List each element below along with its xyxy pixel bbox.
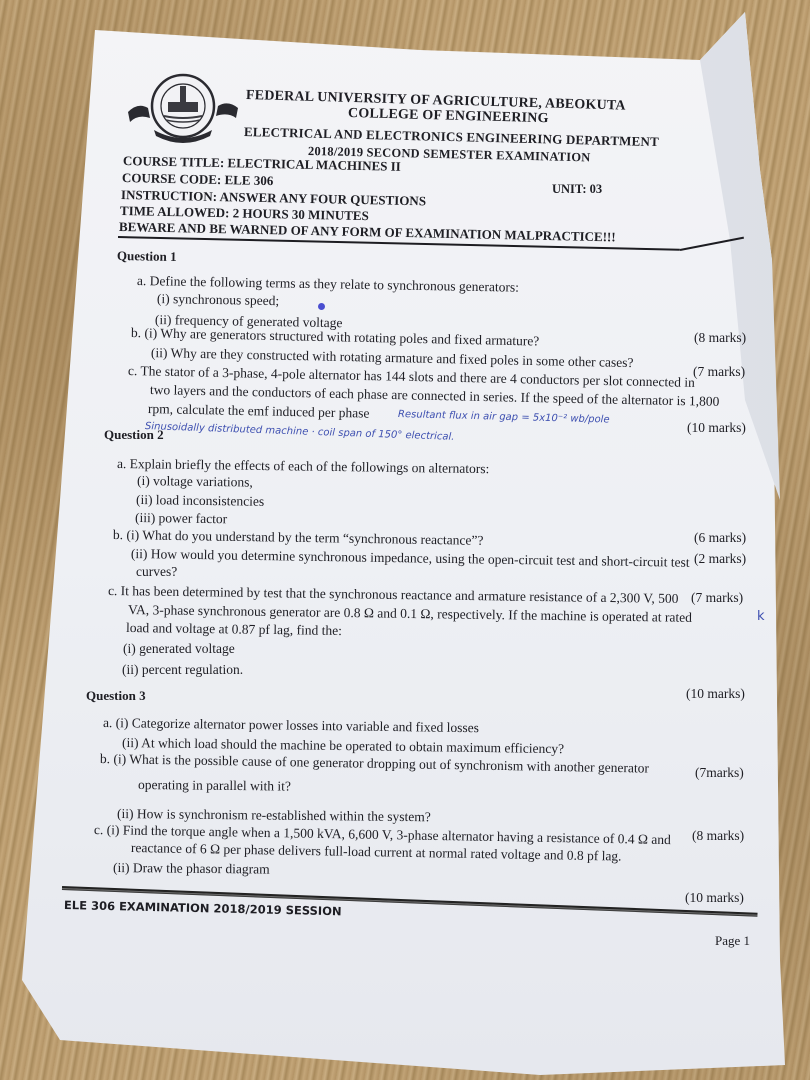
marks-label: (7 marks) xyxy=(693,364,745,380)
handwritten-note: k xyxy=(757,609,765,624)
question-3-title: Question 3 xyxy=(86,688,146,704)
q1-line: rpm, calculate the emf induced per phase xyxy=(148,401,370,422)
q3-line: operating in parallel with it? xyxy=(138,777,291,795)
marks-label: (8 marks) xyxy=(692,828,744,844)
university-crest-logo xyxy=(124,72,242,150)
marks-label: (6 marks) xyxy=(694,530,746,546)
handwritten-note: Sinusoidally distributed machine · coil … xyxy=(145,421,455,443)
q2-line: (i) voltage variations, xyxy=(137,473,253,491)
handwritten-note: Resultant flux in air gap = 5x10⁻² wb/po… xyxy=(398,409,610,426)
q3-line: a. (i) Categorize alternator power losse… xyxy=(103,715,479,736)
q2-line: (ii) How would you determine synchronous… xyxy=(131,546,690,571)
header-divider-fold xyxy=(680,237,744,251)
exam-content: FEDERAL UNIVERSITY OF AGRICULTURE, ABEOK… xyxy=(0,0,810,1080)
exam-paper: FEDERAL UNIVERSITY OF AGRICULTURE, ABEOK… xyxy=(0,0,810,1080)
q2-line: (ii) percent regulation. xyxy=(122,662,243,678)
q2-line: b. (i) What do you understand by the ter… xyxy=(113,527,484,549)
question-2-title: Question 2 xyxy=(104,427,164,443)
q1-line: (i) synchronous speed; xyxy=(157,291,279,309)
pen-mark xyxy=(318,303,325,310)
q2-line: load and voltage at 0.87 pf lag, find th… xyxy=(126,620,342,639)
question-1-title: Question 1 xyxy=(117,248,177,265)
q2-line: curves? xyxy=(136,564,177,580)
q3-line: (ii) Draw the phasor diagram xyxy=(113,860,270,878)
marks-label: (10 marks) xyxy=(686,686,745,702)
marks-label: (7marks) xyxy=(695,765,744,781)
marks-label: (7 marks) xyxy=(691,590,743,606)
q2-line: (i) generated voltage xyxy=(123,641,235,657)
course-code: COURSE CODE: ELE 306 xyxy=(122,170,274,189)
footer-session: ELE 306 EXAMINATION 2018/2019 SESSION xyxy=(64,898,342,918)
q3-line: b. (i) What is the possible cause of one… xyxy=(100,751,649,777)
marks-label: (2 marks) xyxy=(694,551,746,567)
q2-line: (iii) power factor xyxy=(135,510,227,527)
page-number: Page 1 xyxy=(715,933,750,949)
marks-label: (8 marks) xyxy=(694,330,746,346)
course-unit: UNIT: 03 xyxy=(552,181,602,197)
marks-label: (10 marks) xyxy=(685,890,744,906)
q2-line: (ii) load inconsistencies xyxy=(136,492,264,510)
marks-label: (10 marks) xyxy=(687,420,746,436)
